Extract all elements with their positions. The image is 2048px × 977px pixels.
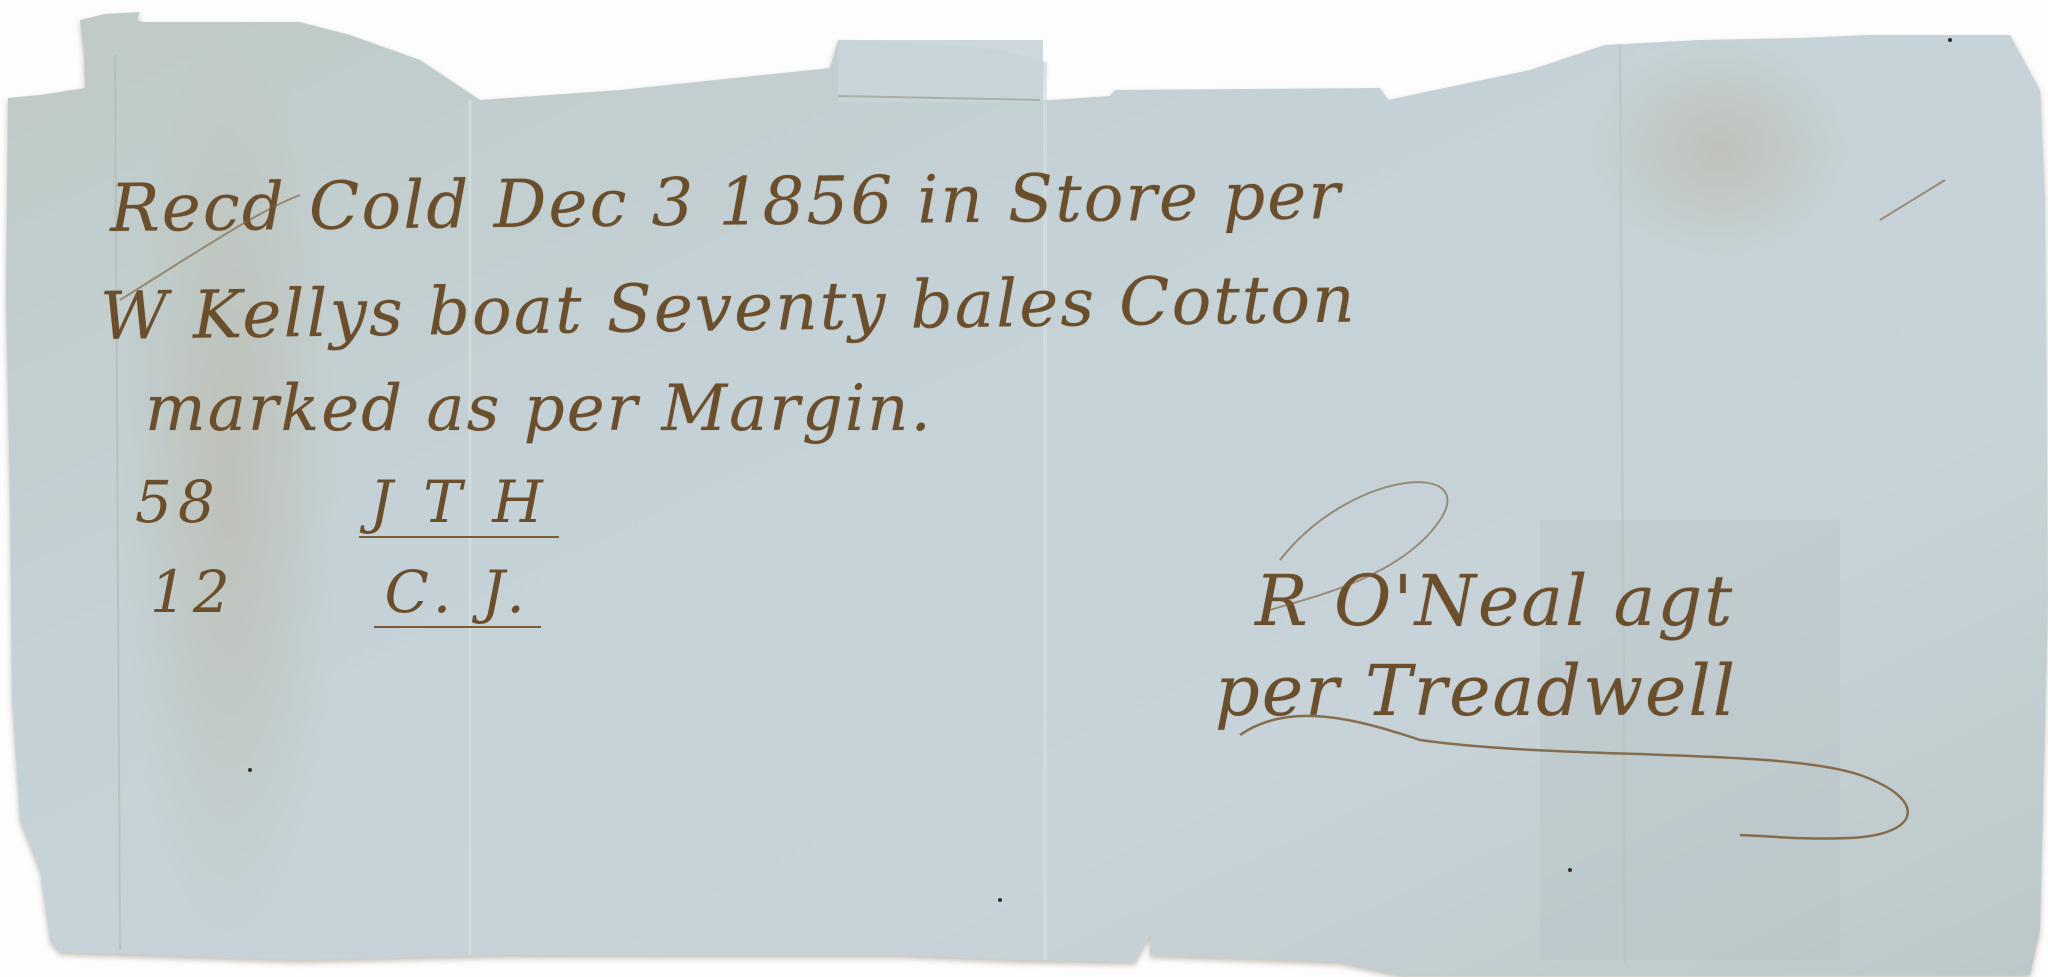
handwriting: Recd Cold Dec 3 1856 in Store per W Kell… <box>0 0 2048 977</box>
receipt-line-3: marked as per Margin. <box>145 372 933 446</box>
receipt-line-2: W Kellys boat Seventy bales Cotton <box>99 260 1357 355</box>
bale-count: 12 <box>150 558 350 626</box>
bale-mark: C. J. <box>374 558 540 628</box>
bale-count: 58 <box>135 468 335 536</box>
margin-entry: 58 J T H <box>135 468 559 538</box>
signature-agent: R O'Neal agt <box>1255 560 1734 642</box>
margin-entry: 12 C. J. <box>150 558 541 628</box>
document-scan: Recd Cold Dec 3 1856 in Store per W Kell… <box>0 0 2048 977</box>
signature-per: per Treadwell <box>1215 650 1737 732</box>
bale-mark: J T H <box>359 468 558 538</box>
receipt-line-1: Recd Cold Dec 3 1856 in Store per <box>110 157 1343 247</box>
